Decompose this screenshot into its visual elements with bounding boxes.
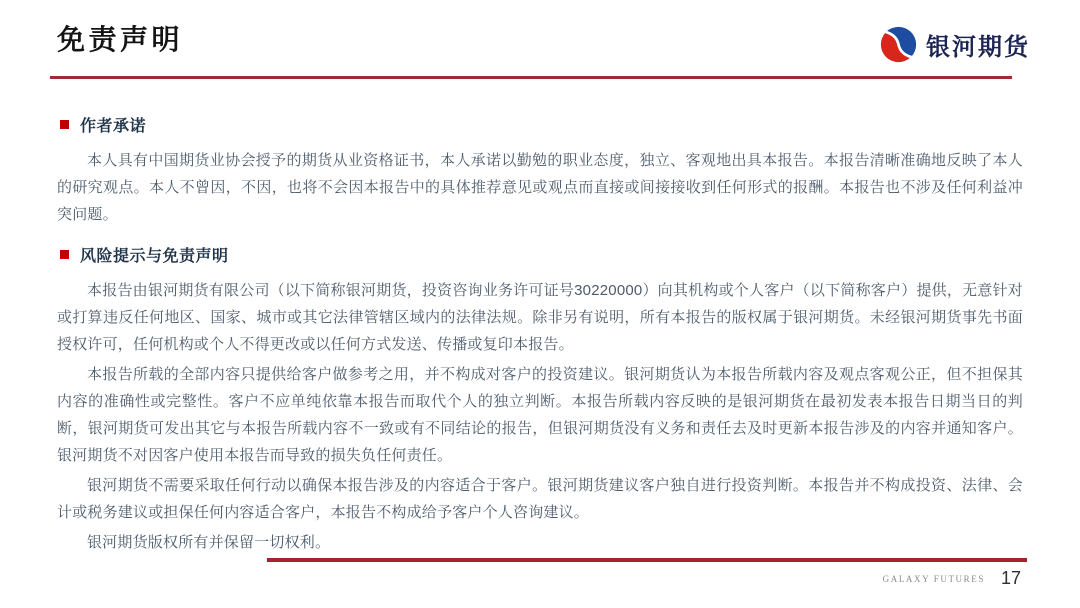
galaxy-futures-logo: 银河期货	[878, 25, 1030, 64]
author-commitment-paragraph: 本人具有中国期货业协会授予的期货从业资格证书，本人承诺以勤勉的职业态度，独立、客…	[57, 147, 1023, 228]
section-heading-text: 作者承诺	[80, 113, 146, 136]
page-title: 免责声明	[57, 22, 183, 58]
footer-meta: GALAXY FUTURES 17	[883, 568, 1021, 589]
section-heading-author-commitment: 作者承诺	[60, 113, 1023, 136]
galaxy-futures-logo-text: 银河期货	[926, 27, 1030, 62]
red-square-bullet	[60, 250, 69, 259]
copyright-paragraph: 银河期货版权所有并保留一切权利。	[57, 529, 1023, 556]
section-heading-risk-disclaimer: 风险提示与免责声明	[60, 243, 1023, 266]
red-square-bullet	[60, 120, 69, 129]
footer-brand-text: GALAXY FUTURES	[883, 574, 985, 584]
disclaimer-page: 免责声明 银河期货 作者承诺 本人具有中国期货业协会授予的期货从业资格证书，本人…	[0, 0, 1080, 608]
disclaimer-content: 作者承诺 本人具有中国期货业协会授予的期货从业资格证书，本人承诺以勤勉的职业态度…	[57, 106, 1023, 559]
header-divider	[50, 76, 1012, 79]
page-number: 17	[1001, 568, 1021, 589]
disclaimer-paragraph-2: 本报告所载的全部内容只提供给客户做参考之用，并不构成对客户的投资建议。银河期货认…	[57, 361, 1023, 469]
section-heading-text: 风险提示与免责声明	[80, 243, 229, 266]
galaxy-swirl-icon	[878, 25, 919, 64]
page-header: 免责声明 银河期货	[57, 22, 1030, 64]
footer-divider	[267, 558, 1027, 562]
disclaimer-paragraph-1: 本报告由银河期货有限公司（以下简称银河期货，投资咨询业务许可证号30220000…	[57, 277, 1023, 358]
disclaimer-paragraph-3: 银河期货不需要采取任何行动以确保本报告涉及的内容适合于客户。银河期货建议客户独自…	[57, 472, 1023, 526]
